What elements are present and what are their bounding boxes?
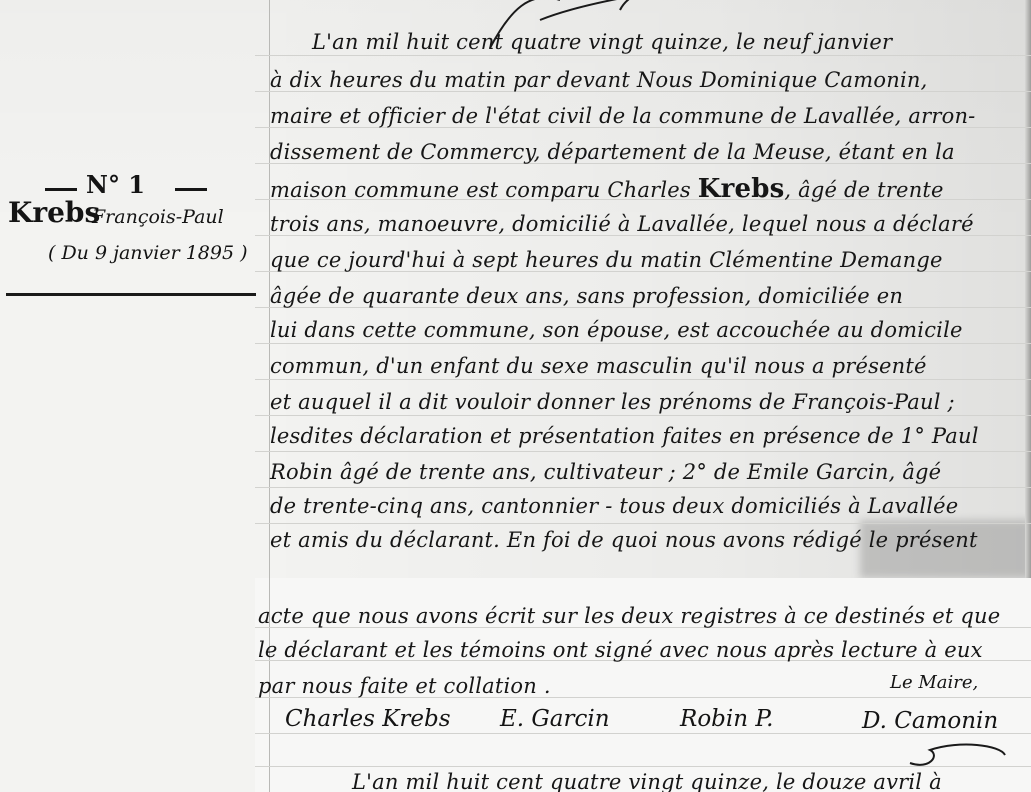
margin-given-names: François-Paul <box>92 206 224 228</box>
ruled-line <box>255 523 1031 524</box>
father-surname: Krebs <box>698 174 785 204</box>
continuation-line-3: par nous faite et collation . <box>258 674 551 698</box>
body-line-6: trois ans, manoeuvre, domicilié à Lavall… <box>270 212 974 236</box>
continuation-line-1: acte que nous avons écrit sur les deux r… <box>258 604 1000 628</box>
ruled-line <box>255 487 1031 488</box>
body-line-14: de trente-cinq ans, cantonnier - tous de… <box>270 494 958 518</box>
margin-birth-date: ( Du 9 janvier 1895 ) <box>48 242 248 264</box>
body-line-5-suffix: , âgé de trente <box>784 178 943 202</box>
ruled-line <box>255 343 1031 344</box>
body-line-5: maison commune est comparu Charles Krebs… <box>270 174 944 204</box>
body-line-11: et auquel il a dit vouloir donner les pr… <box>270 390 955 414</box>
margin-underline <box>6 293 256 296</box>
page-edge <box>1025 0 1031 578</box>
body-line-9: lui dans cette commune, son épouse, est … <box>270 318 963 342</box>
body-line-13: Robin âgé de trente ans, cultivateur ; 2… <box>270 460 941 484</box>
body-line-12: lesdites déclaration et présentation fai… <box>270 424 979 448</box>
ruled-line <box>255 451 1031 452</box>
body-line-7: que ce jourd'hui à sept heures du matin … <box>270 248 943 272</box>
body-line-3: maire et officier de l'état civil de la … <box>270 104 975 128</box>
body-line-10: commun, d'un enfant du sexe masculin qu'… <box>270 354 927 378</box>
ruled-line <box>255 379 1031 380</box>
signature-robin: Robin P. <box>680 706 774 732</box>
margin-entry: N° 1 Krebs François-Paul ( Du 9 janvier … <box>0 160 262 300</box>
ruled-line <box>255 55 1031 56</box>
signature-flourish-icon <box>900 735 1010 770</box>
body-line-1: L'an mil huit cent quatre vingt quinze, … <box>312 30 892 54</box>
next-entry-first-line: L'an mil huit cent quatre vingt quinze, … <box>352 770 942 792</box>
maire-title: Le Maire, <box>890 672 978 693</box>
body-line-5-text: maison commune est comparu Charles <box>270 178 691 202</box>
body-line-4: dissement de Commercy, département de la… <box>270 140 955 164</box>
dash-decoration <box>175 188 207 191</box>
dash-decoration <box>45 188 77 191</box>
continuation-line-2: le déclarant et les témoins ont signé av… <box>258 638 983 662</box>
margin-surname: Krebs <box>8 196 100 229</box>
body-line-2: à dix heures du matin par devant Nous Do… <box>270 68 927 92</box>
body-line-15: et amis du déclarant. En foi de quoi nou… <box>270 528 978 552</box>
body-line-8: âgée de quarante deux ans, sans professi… <box>270 284 903 308</box>
signature-e-garcin: E. Garcin <box>500 706 610 732</box>
signature-maire-camonin: D. Camonin <box>862 708 998 734</box>
ruled-line <box>255 415 1031 416</box>
register-page: N° 1 Krebs François-Paul ( Du 9 janvier … <box>0 0 1031 792</box>
entry-number: N° 1 <box>86 170 145 199</box>
signature-charles-krebs: Charles Krebs <box>285 706 451 732</box>
